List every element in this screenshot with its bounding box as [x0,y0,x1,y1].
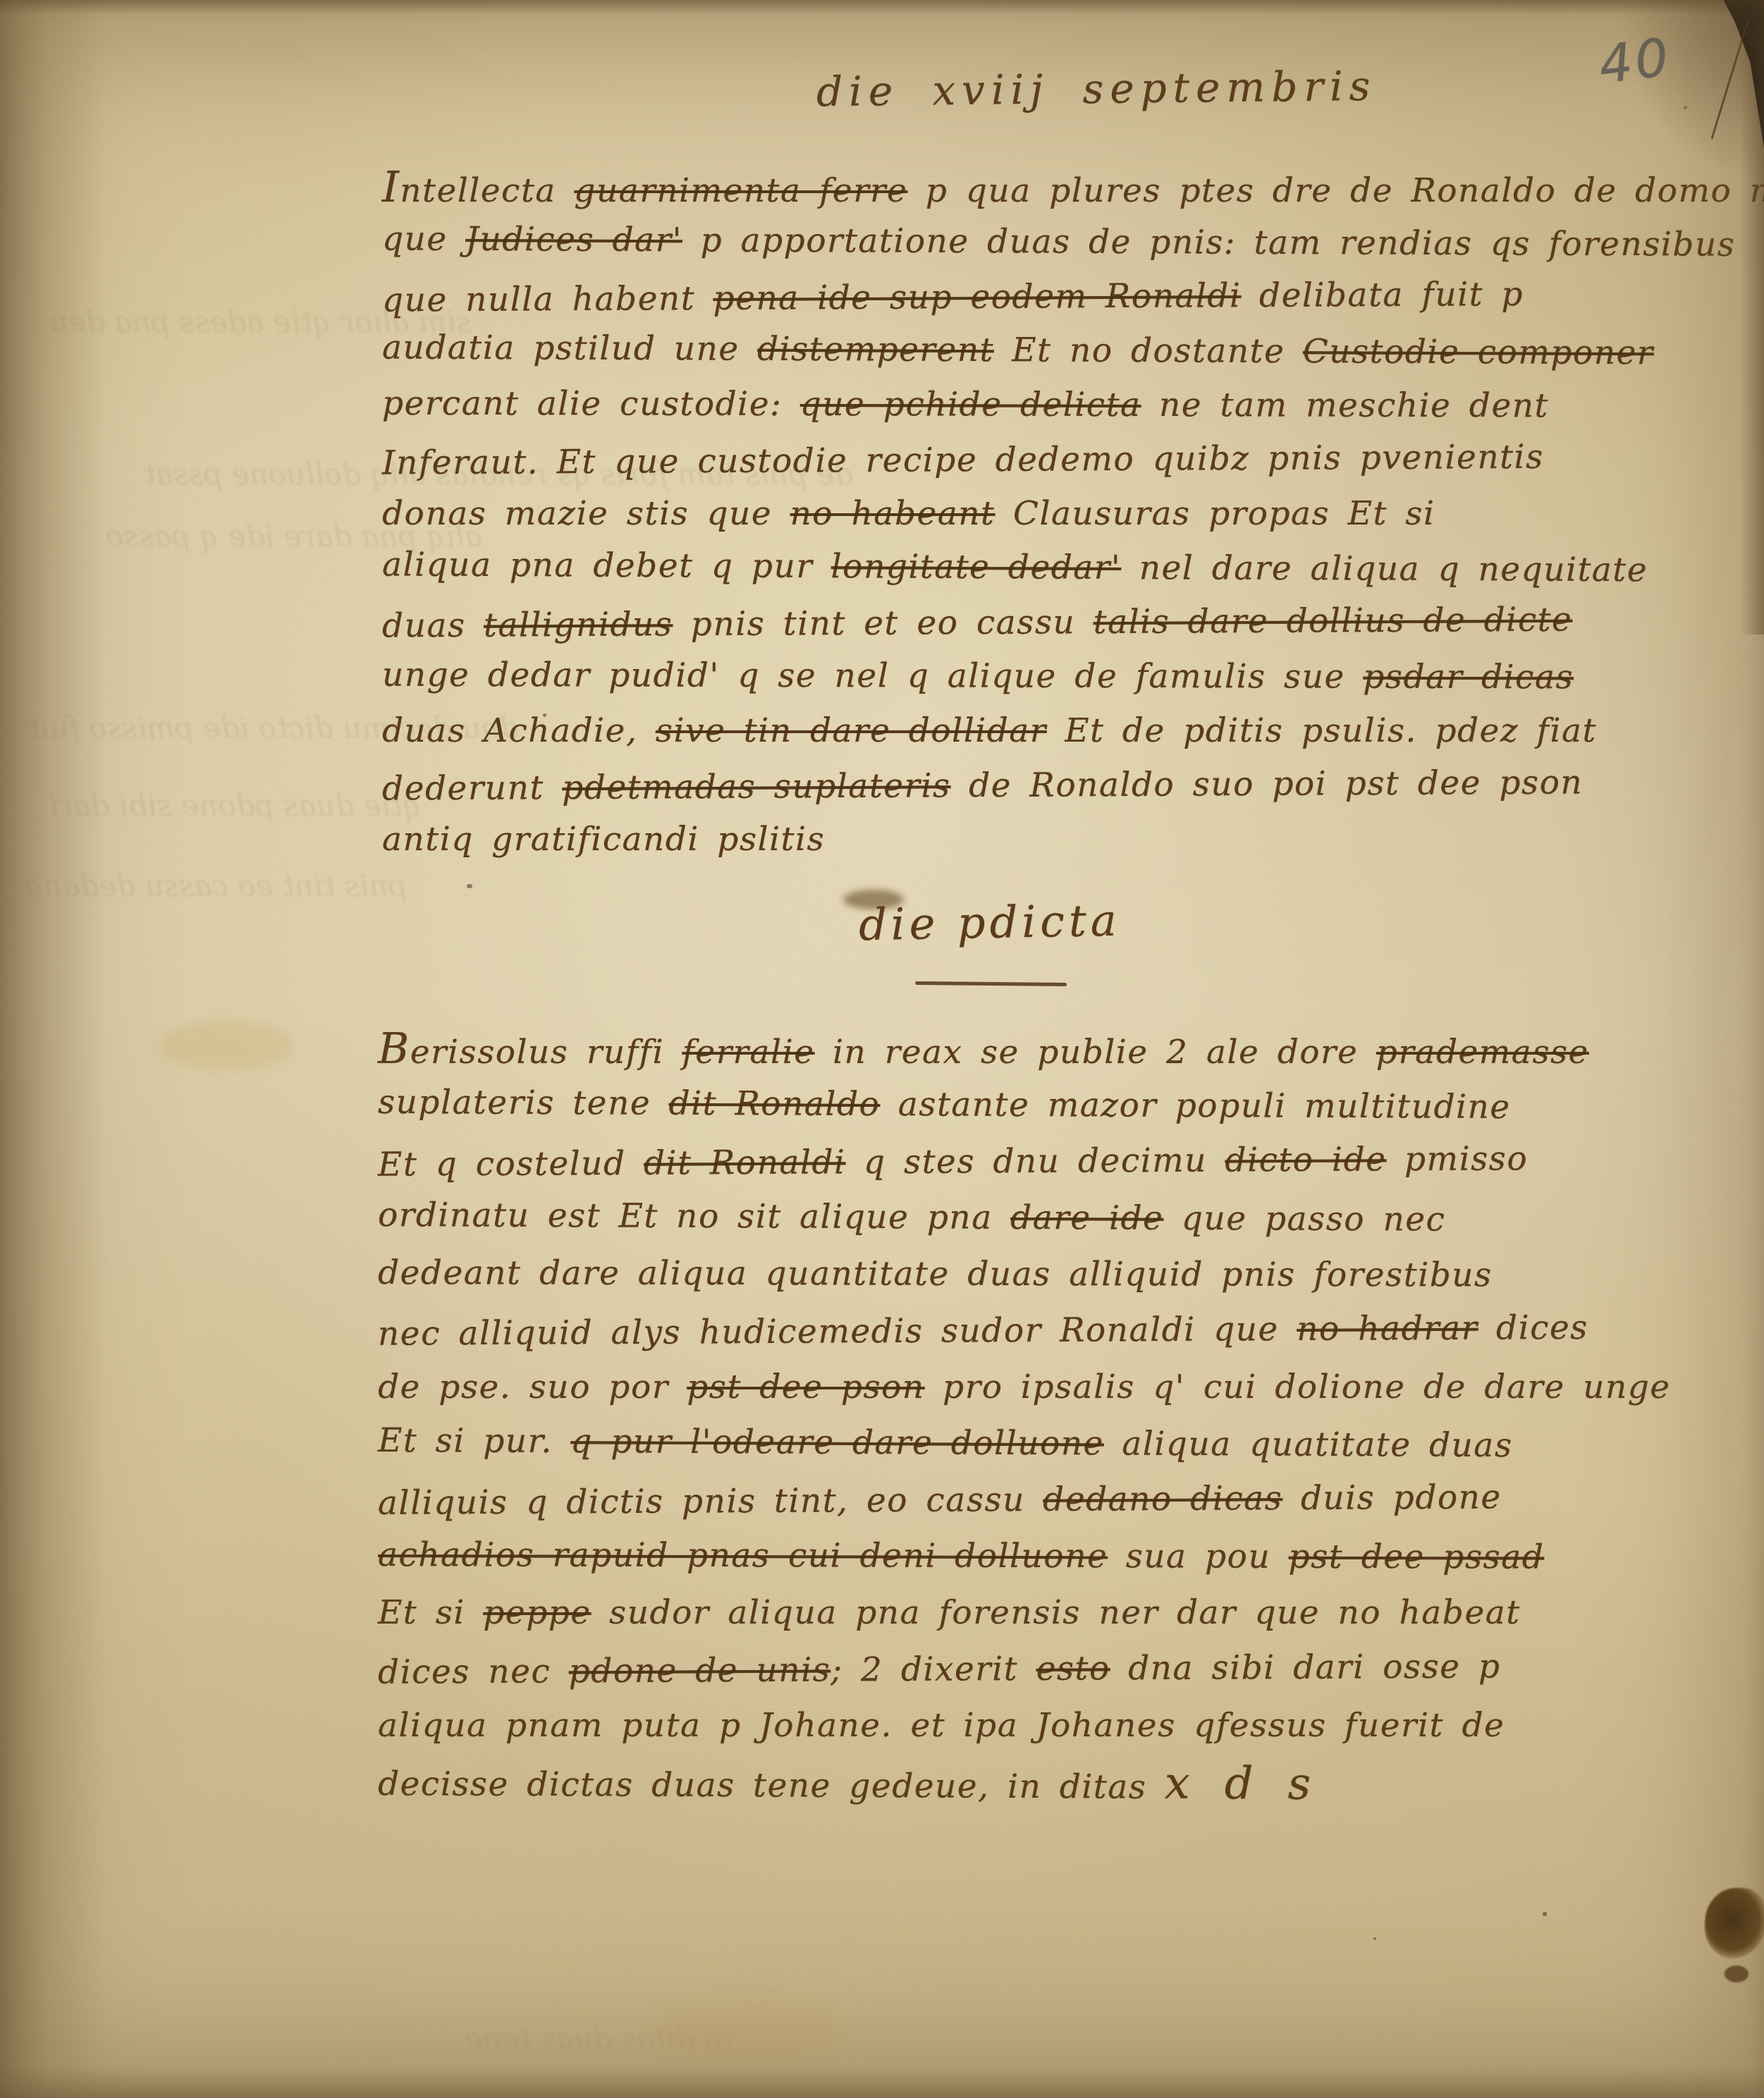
cancelled-text: pdetmadas suplateris [562,766,951,807]
text-segment: dices [1478,1308,1588,1348]
bleedthrough-text: in ditas duas tene [465,2022,733,2056]
entry-2-text-block: Berissolus ruffi ferralie in reax se pub… [378,1021,1671,1810]
text-segment: ; 2 dixerit [831,1650,1036,1690]
pale-stain [159,1021,293,1070]
manuscript-line: Berissolus ruffi ferralie in reax se pub… [378,1021,1671,1077]
text-segment: sua pou [1108,1537,1289,1576]
cancelled-text: q pur l'odeare dare dolluone [570,1422,1104,1463]
text-segment: aliqua pnam puta p Johane. et ipa Johane… [378,1706,1505,1745]
text-segment: que passo nec [1163,1199,1445,1239]
manuscript-line: Et si pur. q pur l'odeare dare dolluone … [378,1413,1671,1475]
manuscript-line: dederunt pdetmadas suplateris de Ronaldo… [382,754,1764,816]
manuscript-line: nec alliquid alys hudicemedis sudor Rona… [378,1299,1671,1363]
ink-blot-stain-small [1725,1965,1748,1982]
manuscript-line: aliqua pna debet q pur longitate dedar' … [382,537,1764,598]
text-segment: dices nec [378,1652,569,1691]
text-segment: delibata fuit p [1241,275,1524,315]
cancelled-text: achadios rapuid pnas cui deni dolluone [378,1535,1108,1576]
text-segment: Et de pditis psulis. pdez fiat [1047,711,1597,750]
cancelled-text: psdar dicas [1363,658,1574,697]
manuscript-line: que Judices dar' p apportatione duas de … [382,211,1764,272]
manuscript-line: donas mazie stis que no habeant Clausura… [382,486,1764,541]
manuscript-page-scan: sim alior qtie adess pna deu de pnis tam… [0,0,1764,2098]
manuscript-line: audatia pstilud une distemperent Et no d… [382,320,1764,381]
text-segment: ordinatu est Et no sit alique pna [378,1196,1010,1237]
text-segment: Inferaut. Et que custodie recipe dedemo … [382,438,1544,483]
cancelled-text: pdone de unis [569,1650,831,1691]
text-segment: ne tam meschie dent [1141,386,1549,425]
cancelled-text: no hadrar [1297,1309,1478,1349]
text-segment: dederunt [382,768,562,808]
text-segment: aliqua quatitate duas [1104,1424,1513,1465]
text-segment: Et si pur. [378,1421,571,1461]
cancelled-text: pena ide sup eodem Ronaldi [713,276,1241,318]
bottom-edge-shadow [0,2066,1764,2098]
text-segment: Berissolus ruffi [378,1033,682,1072]
ink-speck [467,884,472,888]
date-heading: die xviij septembris [816,62,1377,116]
manuscript-line: percant alie custodie: que pchide delict… [382,376,1764,434]
cancelled-text: dare ide [1010,1198,1164,1238]
text-segment: donas mazie stis que [382,494,790,533]
text-segment: duas [382,606,484,646]
binding-gutter-shadow [0,0,106,2098]
manuscript-line: Et q costelud dit Ronaldi q stes dnu dec… [378,1130,1671,1194]
cancelled-text: esto [1036,1649,1110,1688]
top-edge-shadow [0,0,1764,14]
manuscript-line: antiq gratificandi pslitis [382,812,1764,866]
manuscript-line: Intellecta guarnimenta ferre p qua plure… [382,161,1764,215]
text-segment: unge dedar pudid' q se nel q alique de f… [382,656,1363,697]
text-segment: p qua plures ptes dre de Ronaldo de domo… [907,171,1764,210]
manuscript-line: unge dedar pudid' q se nel q alique de f… [382,648,1764,705]
text-segment: pmisso [1386,1139,1528,1179]
cancelled-text: longitate dedar' [831,547,1122,587]
cancelled-text: pst dee pssad [1289,1538,1545,1577]
manuscript-line: que nulla habent pena ide sup eodem Rona… [382,266,1764,328]
text-segment: Et no dostante [994,331,1303,371]
text-segment: percant alie custodie: [382,384,800,424]
cancelled-text: pst dee pson [687,1368,924,1406]
bleedthrough-text: qtie duas pdone sibi dari [49,788,422,823]
manuscript-line: decisse dictas duas tene gedeue, in dita… [378,1751,1671,1813]
text-segment: dna sibi dari osse p [1110,1647,1501,1688]
ink-speck [1543,1912,1547,1916]
manuscript-line: aliqua pnam puta p Johane. et ipa Johane… [378,1698,1671,1754]
cancelled-text: guarnimenta ferre [574,171,907,210]
cancelled-text: distemperent [757,330,994,369]
paper-crack [1710,20,1748,139]
manuscript-line: achadios rapuid pnas cui deni dolluone s… [378,1527,1671,1586]
heading-underline-flourish [915,981,1067,986]
text-segment: dedeant dare aliqua quantitate duas alli… [378,1253,1493,1294]
cancelled-text: no habeant [790,494,996,533]
manuscript-line: dedeant dare aliqua quantitate duas alli… [378,1245,1671,1304]
text-segment: audatia pstilud une [382,328,757,368]
ink-speck [1684,106,1687,109]
manuscript-line: Inferaut. Et que custodie recipe dedemo … [382,429,1764,491]
ink-blot-stain [1705,1888,1764,1958]
text-segment: Clausuras propas Et si [995,494,1435,533]
text-segment: de pse. suo por [378,1368,687,1406]
cancelled-text: que pchide delicta [800,385,1141,424]
text-segment: alliquis q dictis pnis tint, eo cassu [378,1480,1043,1523]
text-segment: de Ronaldo suo poi pst dee pson [950,763,1583,806]
text-segment: que [382,219,465,259]
text-segment: pro ipsalis q' cui dolione de dare unge [925,1368,1671,1406]
cancelled-text: peppe [483,1593,591,1632]
text-segment: p apportatione duas de pnis: tam rendias… [682,221,1736,264]
torn-corner [1715,0,1764,148]
bleedthrough-text: pnis tint eo cassu dedano [25,869,407,903]
manuscript-line: ordinatu est Et no sit alique pna dare i… [378,1187,1671,1249]
text-segment: q stes dnu decimu [845,1141,1225,1182]
text-segment: sudor aliqua pna forensis ner dar que no… [592,1593,1521,1632]
cancelled-text: dedano dicas [1043,1479,1282,1519]
cancelled-text: dit Ronaldi [644,1143,846,1182]
text-segment: in reax se publie 2 ale dore [814,1033,1376,1072]
cancelled-text: sive tin dare dollidar [656,711,1047,750]
manuscript-line: alliquis q dictis pnis tint, eo cassu de… [378,1468,1671,1532]
text-segment: Intellecta [382,171,574,210]
text-segment: astante mazor populi multitudine [880,1085,1511,1127]
pale-stain [656,2002,839,2059]
cancelled-text: ferralie [682,1033,814,1072]
cancelled-text: Custodie componer [1303,332,1654,372]
entry-1-text-block: Intellecta guarnimenta ferre p qua plure… [382,161,1764,866]
manuscript-line: suplateris tene dit Ronaldo astante mazo… [378,1074,1671,1136]
cancelled-text: prademasse [1376,1033,1589,1072]
manuscript-line: Et si peppe sudor aliqua pna forensis ne… [378,1585,1671,1641]
text-segment: Et si [378,1593,483,1632]
text-segment: duas Achadie, [382,711,656,750]
folio-number: 40 [1595,27,1674,96]
manuscript-line: duas tallignidus pnis tint et eo cassu t… [382,591,1764,654]
text-segment: x d s [1165,1757,1318,1810]
text-segment: antiq gratificandi pslitis [382,820,825,859]
ink-speck [1373,1937,1376,1940]
text-segment: decisse dictas duas tene gedeue, in dita… [378,1765,1165,1807]
manuscript-line: dices nec pdone de unis; 2 dixerit esto … [378,1638,1671,1701]
cancelled-text: talis dare dollius de dicte [1094,601,1573,642]
text-segment: que nulla habent [382,279,713,319]
cancelled-text: dit Ronaldo [668,1084,880,1124]
manuscript-line: duas Achadie, sive tin dare dollidar Et … [382,704,1764,758]
second-entry-heading: die pdicta [858,895,1121,950]
text-segment: duis pdone [1282,1478,1502,1518]
text-segment: pnis tint et eo cassu [673,603,1094,644]
cancelled-text: tallignidus [484,605,673,644]
text-segment: aliqua pna debet q pur [382,545,831,586]
text-segment: suplateris tene [378,1083,669,1123]
text-segment: nel dare aliqua q nequitate [1121,548,1648,589]
text-segment: Et q costelud [378,1144,644,1184]
cancelled-text: dicto ide [1225,1140,1386,1179]
cancelled-text: Judices dar' [465,220,682,259]
text-segment: nec alliquid alys hudicemedis sudor Rona… [378,1310,1297,1354]
manuscript-line: de pse. suo por pst dee pson pro ipsalis… [378,1359,1671,1416]
